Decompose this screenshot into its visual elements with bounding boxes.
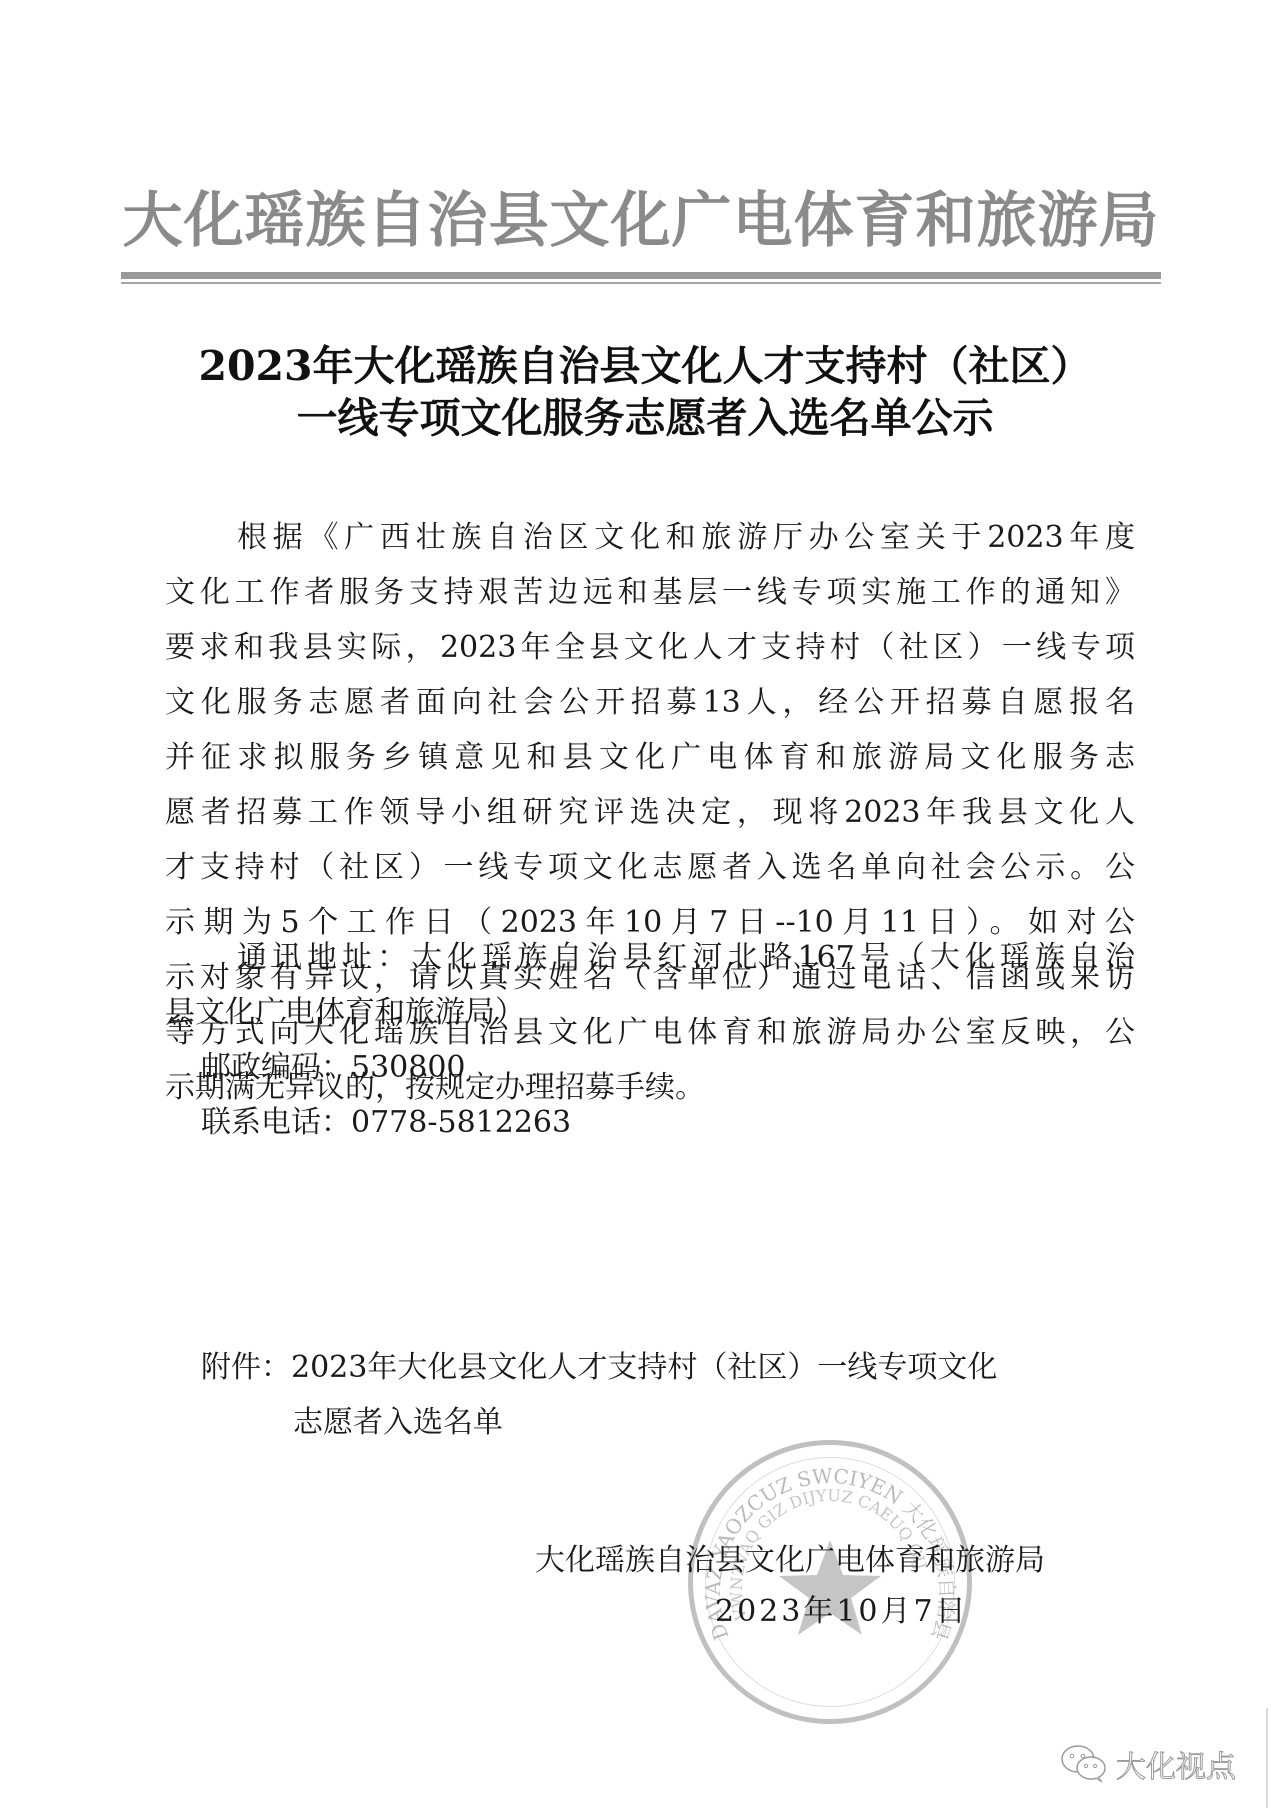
paragraph-line: 根据《广西壮族自治区文化和旅游厅办公室关于2023年度 — [165, 510, 1135, 565]
document-title: 2023年大化瑶族自治县文化人才支持村（社区） 一线专项文化服务志愿者入选名单公… — [150, 340, 1140, 444]
letterhead-org-name: 大化瑶族自治县文化广电体育和旅游局 — [121, 180, 1161, 262]
phone-value: 0778-5812263 — [351, 1105, 571, 1140]
attachment-block: 附件：2023年大化县文化人才支持村（社区）一线专项文化 志愿者入选名单 — [165, 1340, 1135, 1450]
paragraph-line: 并征求拟服务乡镇意见和县文化广电体育和旅游局文化服务志 — [165, 730, 1135, 785]
paragraph-line: 文化工作者服务支持艰苦边远和基层一线专项实施工作的通知》 — [165, 565, 1135, 620]
postal-code-label: 邮政编码： — [201, 1050, 351, 1085]
watermark: 大化视点 — [1060, 1742, 1236, 1786]
contact-block: 通讯地址：大化瑶族自治县红河北路167号（大化瑶族自治 县文化广电体育和旅游局）… — [165, 930, 1135, 1150]
seal-star-icon: DAVAZ YAOZCUZ SWCIYEN 大化瑶族自治县文化广电体育和旅游局 … — [693, 1445, 967, 1719]
address-line: 县文化广电体育和旅游局） — [165, 985, 1135, 1040]
paragraph-line: 要求和我县实际，2023年全县文化人才支持村（社区）一线专项 — [165, 620, 1135, 675]
paragraph-line: 文化服务志愿者面向社会公开招募13人，经公开招募自愿报名 — [165, 675, 1135, 730]
title-line-2: 一线专项文化服务志愿者入选名单公示 — [150, 392, 1140, 444]
signature-org: 大化瑶族自治县文化广电体育和旅游局 — [535, 1541, 1045, 1581]
postal-code-value: 530800 — [351, 1050, 466, 1085]
wechat-icon — [1060, 1744, 1108, 1784]
paragraph-line: 才支持村（社区）一线专项文化志愿者入选名单向社会公示。公 — [165, 840, 1135, 895]
paragraph-line: 愿者招募工作领导小组研究评选决定，现将2023年我县文化人 — [165, 785, 1135, 840]
signature-date: 2023年10月7日 — [715, 1592, 969, 1632]
official-seal: DAVAZ YAOZCUZ SWCIYEN 大化瑶族自治县文化广电体育和旅游局 … — [688, 1440, 972, 1724]
address-line: 通讯地址：大化瑶族自治县红河北路167号（大化瑶族自治 — [165, 930, 1135, 985]
attachment-title: 2023年大化县文化人才支持村（社区）一线专项文化 — [291, 1350, 997, 1385]
letterhead-rule-thin — [121, 282, 1161, 284]
letterhead-rule-thick — [121, 272, 1161, 279]
phone-label: 联系电话： — [201, 1105, 351, 1140]
postal-code-row: 邮政编码：530800 — [165, 1040, 1135, 1095]
phone-row: 联系电话：0778-5812263 — [165, 1095, 1135, 1150]
attachment-row: 附件：2023年大化县文化人才支持村（社区）一线专项文化 — [165, 1340, 1135, 1395]
attachment-label: 附件： — [201, 1350, 291, 1385]
watermark-text: 大化视点 — [1116, 1742, 1236, 1786]
attachment-title-cont: 志愿者入选名单 — [165, 1395, 1135, 1450]
title-line-1: 2023年大化瑶族自治县文化人才支持村（社区） — [150, 340, 1140, 392]
scan-edge-line — [1266, 1708, 1268, 1808]
